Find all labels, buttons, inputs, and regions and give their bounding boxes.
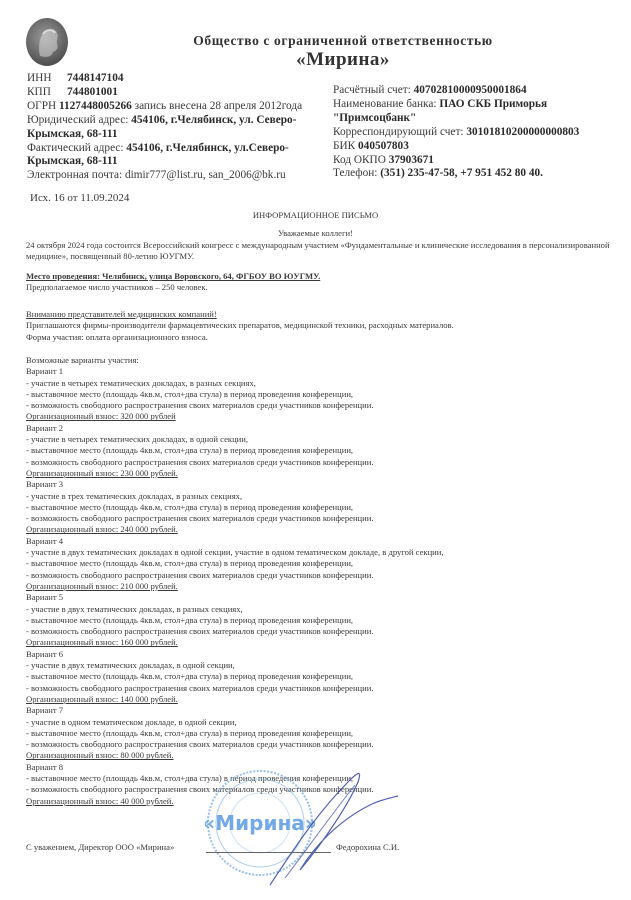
variant-line: - возможность свободного распространения… — [26, 570, 616, 581]
variant-line: - выставочное место (площадь 4кв.м, стол… — [26, 671, 616, 682]
variant-item: Вариант 7- участие в одном тематическом … — [26, 705, 616, 761]
variant-line: - возможность свободного распространения… — [26, 457, 616, 468]
variant-item: Вариант 1- участие в четырех тематически… — [26, 366, 616, 422]
variant-line: - участие в одном тематическом докладе, … — [26, 717, 616, 728]
variant-fee: Организационный взнос: 230 000 рублей. — [26, 468, 616, 479]
okpo-label: Код ОКПО — [333, 154, 386, 166]
participants: Предполагаемое число участников – 250 че… — [26, 282, 616, 293]
legal-address-label: Юридический адрес: — [27, 114, 128, 126]
account-value: 40702810000950001864 — [414, 84, 527, 96]
actual-address-label: Фактический адрес: — [27, 142, 124, 154]
variant-fee: Организационный взнос: 140 000 рублей. — [26, 694, 616, 705]
variants-block: Возможные варианты участия: Вариант 1- у… — [26, 355, 616, 807]
variant-item: Вариант 6- участие в двух тематических д… — [26, 649, 616, 705]
variant-fee: Организационный взнос: 240 000 рублей. — [26, 524, 616, 535]
bank-label: Наименование банка: — [333, 98, 436, 110]
ogrn-label: ОГРН — [27, 100, 56, 112]
variant-title: Вариант 1 — [26, 366, 616, 377]
variant-line: - выставочное место (площадь 4кв.м, стол… — [26, 728, 616, 739]
variant-line: - участие в четырех тематических доклада… — [26, 434, 616, 445]
inn-label: ИНН — [27, 72, 67, 86]
email-label: Электронная почта: — [27, 169, 122, 181]
closing: С уважением, Директор ООО «Мирина» — [26, 842, 174, 852]
kpp-value: 744801001 — [67, 86, 118, 98]
variant-line: - возможность свободного распространения… — [26, 683, 616, 694]
variant-line: - возможность свободного распространения… — [26, 400, 616, 411]
invite-text: Приглашаются фирмы-производители фармаце… — [26, 320, 616, 331]
variant-line: - участие в четырех тематических доклада… — [26, 378, 616, 389]
attention-block: Вниманию представителей медицинских комп… — [26, 309, 616, 343]
variant-line: - выставочное место (площадь 4кв.м, стол… — [26, 615, 616, 626]
variant-line: - выставочное место (площадь 4кв.м, стол… — [26, 389, 616, 400]
variant-item: Вариант 3- участие в трех тематических д… — [26, 479, 616, 535]
participation-form: Форма участия: оплата организационного в… — [26, 332, 616, 343]
variants-heading: Возможные варианты участия: — [26, 355, 616, 366]
variant-fee: Организационный взнос: 210 000 рублей. — [26, 581, 616, 592]
bik-label: БИК — [333, 140, 355, 152]
variant-title: Вариант 5 — [26, 592, 616, 603]
requisites-right: Расчётный счет: 40702810000950001864 Наи… — [333, 84, 623, 181]
variant-line: - участие в двух тематических докладах в… — [26, 547, 616, 558]
org-type: Общество с ограниченной ответственностью — [0, 33, 631, 49]
bik-value: 040507803 — [358, 140, 409, 152]
ogrn-note: запись внесена 28 апреля 2012года — [135, 100, 303, 112]
handwritten-signature-icon — [230, 760, 400, 890]
phone-label: Телефон: — [333, 167, 377, 179]
attention-heading: Вниманию представителей медицинских комп… — [26, 309, 616, 320]
variant-title: Вариант 4 — [26, 536, 616, 547]
variant-line: - возможность свободного распространения… — [26, 626, 616, 637]
variant-line: - участие в двух тематических докладах, … — [26, 604, 616, 615]
corr-label: Корреспондирующий счет: — [333, 126, 464, 138]
corr-value: 30101810200000000803 — [466, 126, 579, 138]
variant-item: Вариант 5- участие в двух тематических д… — [26, 592, 616, 648]
variant-title: Вариант 7 — [26, 705, 616, 716]
inn-value: 7448147104 — [67, 72, 123, 84]
variant-line: - участие в двух тематических докладах, … — [26, 660, 616, 671]
variants-list: Вариант 1- участие в четырех тематически… — [26, 366, 616, 807]
outgoing-number: Исх. 16 от 11.09.2024 — [30, 192, 129, 204]
variant-fee: Организационный взнос: 160 000 рублей. — [26, 637, 616, 648]
variant-line: - участие в трех тематических докладах, … — [26, 491, 616, 502]
signature-line — [206, 852, 331, 853]
ogrn-value: 1127448005266 — [59, 100, 132, 112]
letter-title: ИНФОРМАЦИОННОЕ ПИСЬМО — [0, 210, 631, 220]
variant-title: Вариант 6 — [26, 649, 616, 660]
signer-name: Федорохина С.И. — [336, 842, 399, 852]
venue: Место проведения: Челябинск, улица Воров… — [26, 271, 616, 282]
variant-title: Вариант 3 — [26, 479, 616, 490]
venue-block: Место проведения: Челябинск, улица Воров… — [26, 271, 616, 294]
variant-item: Вариант 4- участие в двух тематических д… — [26, 536, 616, 592]
intro-paragraph: 24 октября 2024 года состоится Всероссий… — [26, 240, 616, 263]
okpo-value: 37903671 — [389, 154, 434, 166]
variant-title: Вариант 2 — [26, 423, 616, 434]
org-name: «Мирина» — [0, 49, 631, 71]
signature-block: С уважением, Директор ООО «Мирина» Федор… — [26, 842, 626, 852]
variant-line: - выставочное место (площадь 4кв.м, стол… — [26, 445, 616, 456]
variant-item: Вариант 2- участие в четырех тематически… — [26, 423, 616, 479]
phone-value: (351) 235-47-58, +7 951 452 80 40. — [380, 167, 543, 179]
variant-line: - возможность свободного распространения… — [26, 739, 616, 750]
greeting: Уважаемые коллеги! — [0, 228, 631, 238]
variant-line: - выставочное место (площадь 4кв.м, стол… — [26, 558, 616, 569]
variant-line: - возможность свободного распространения… — [26, 513, 616, 524]
email-value[interactable]: dimir777@list.ru, san_2006@bk.ru — [125, 169, 286, 181]
variant-line: - выставочное место (площадь 4кв.м, стол… — [26, 502, 616, 513]
account-label: Расчётный счет: — [333, 84, 411, 96]
kpp-label: КПП — [27, 86, 67, 100]
requisites-left: ИНН7448147104 КПП744801001 ОГРН 11274480… — [27, 72, 317, 183]
variant-fee: Организационный взнос: 320 000 рублей — [26, 411, 616, 422]
